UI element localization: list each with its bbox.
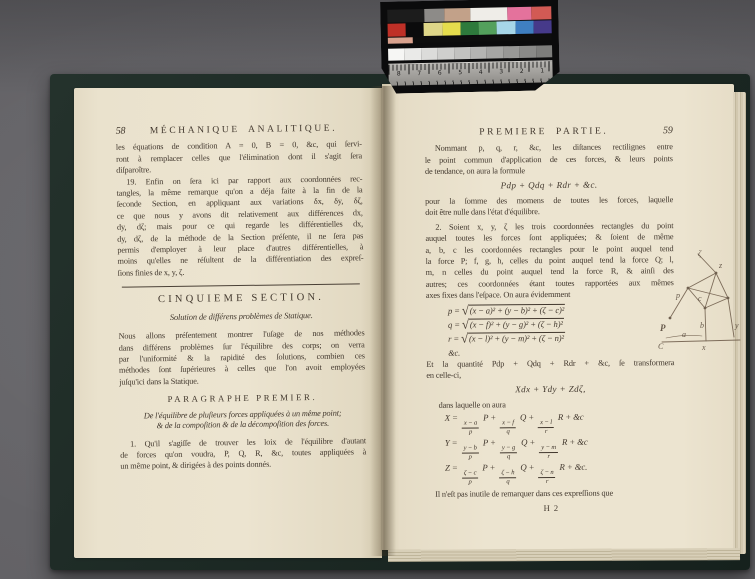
plus-sign: +: [529, 437, 535, 447]
paragraph-somme: pour la ſomme des momens de toutes les f…: [425, 194, 673, 219]
text-line: pour la ſomme des momens de toutes les f…: [425, 194, 673, 207]
text-line: 3: [491, 68, 512, 75]
fraction: ζ − hq: [499, 470, 516, 486]
fraction-denominator: q: [507, 428, 510, 436]
section-heading: CINQUIEME SECTION.: [118, 292, 364, 307]
coefficient: R: [558, 412, 563, 422]
text-line: ſions finies de x, y, ζ.: [118, 264, 364, 279]
color-patch: [460, 22, 478, 35]
text-line: 2: [511, 68, 532, 75]
equals-sign: =: [454, 305, 460, 315]
figure-label-c: c: [698, 294, 702, 303]
radical-sign: √: [462, 302, 469, 317]
paragraph-quantite: Et la quantité Pdp + Qdq + Rdr + &c, ſe …: [426, 357, 674, 382]
formula-moments: Pdp + Qdq + Rdr + &c.: [425, 179, 673, 192]
equation-X: X = x − ap P + x − fq Q + x − lr R + &c: [427, 409, 675, 436]
figure-label-y: y: [734, 321, 739, 330]
color-patch: [479, 21, 497, 34]
text-line: & de la compoſition & de la décompoſitio…: [120, 418, 366, 432]
margin-figure-sketch: P p ζ z c b a x y C: [656, 246, 746, 354]
section-subtitle: Solution de différens problèmes de Stati…: [118, 309, 364, 323]
figure-label-z: z: [718, 261, 723, 270]
equals-sign: =: [452, 463, 458, 473]
plus-sign: +: [528, 412, 534, 422]
fraction-denominator: r: [546, 478, 548, 486]
right-running-head: PREMIERE PARTIE. 59: [425, 125, 673, 139]
color-patch: [536, 46, 553, 58]
equals-sign: =: [453, 333, 459, 343]
text-line: le point commun d'application de ces for…: [425, 153, 673, 166]
eq-lhs: r: [448, 333, 451, 343]
signature-mark: H 2: [427, 502, 675, 515]
item-1: 1. Qu'il s'agiſſe de trouver les loix de…: [120, 435, 366, 473]
radical-sign: √: [461, 330, 468, 345]
color-patch: [503, 46, 520, 58]
equation-Y: Y = y − bp P + y − gq Q + y − mr R + &c: [427, 434, 675, 461]
paragraph-continuation: les équations de condition A = 0, B = 0,…: [116, 139, 362, 177]
formula-xyz: Xdx + Ydy + Zdζ,: [426, 383, 674, 396]
figure-label-P: P: [660, 323, 666, 333]
text-line: autres; ces coordonnées étant toutes rap…: [426, 277, 674, 290]
color-patch: [486, 47, 503, 59]
fraction-numerator: y − m: [539, 444, 558, 453]
fraction: y − mr: [539, 444, 558, 460]
text-line: 4: [470, 69, 491, 76]
coefficient: P: [483, 413, 488, 423]
color-patch: [507, 7, 531, 20]
fraction-denominator: r: [547, 453, 549, 461]
eq-lhs: p: [448, 305, 452, 315]
coefficient: P: [482, 463, 487, 473]
fraction-denominator: p: [469, 453, 472, 461]
figure-label-x: x: [701, 343, 706, 352]
fraction: x − lr: [538, 419, 554, 435]
text-line: 7: [409, 70, 430, 77]
calibration-grayscale: [388, 46, 552, 61]
color-patch: [388, 37, 413, 44]
color-calibration-target: 87654321: [380, 0, 560, 94]
plus-sign: +: [490, 438, 496, 448]
radicand: (x − a)² + (y − b)² + (ζ − c)²: [469, 304, 565, 316]
figure-label-C: C: [658, 342, 664, 351]
color-patch: [388, 23, 406, 36]
radicand: (x − l)² + (y − m)² + (ζ − n)²: [468, 332, 565, 344]
text-line: 8: [389, 71, 410, 78]
section-intro: Nous allons préſentement montrer l'uſage…: [118, 327, 365, 387]
color-patch: [442, 22, 460, 35]
text-line: axes fixes dans l'eſpace. On aura évidem…: [426, 288, 674, 301]
figure-label-b: b: [700, 321, 704, 330]
sqrt-equations: p = √(x − a)² + (y − b)² + (ζ − c)² q = …: [426, 302, 674, 346]
fraction: x − fq: [500, 420, 516, 436]
left-page-number: 58: [116, 126, 126, 138]
radical-sign: √: [462, 316, 469, 331]
fraction-denominator: p: [468, 478, 471, 486]
left-running-head: 58 MÉCHANIQUE ANALITIQUE.: [116, 122, 362, 138]
fraction-numerator: ζ − n: [539, 469, 556, 478]
equation-tail: + &c: [569, 437, 587, 447]
text-line: 1: [532, 68, 553, 75]
fraction-numerator: x − f: [500, 420, 516, 429]
coefficient: Q: [520, 412, 526, 422]
equals-sign: =: [454, 319, 460, 329]
fraction-numerator: x − a: [462, 420, 479, 429]
text-line: Et la quantité Pdp + Qdq + Rdr + &c, ſe …: [426, 357, 674, 370]
color-patch: [533, 20, 551, 33]
color-patch: [497, 21, 515, 34]
eq-lhs: X: [445, 413, 450, 423]
radicand: (x − f)² + (y − g)² + (ζ − h)²: [469, 318, 564, 330]
equals-sign: =: [452, 438, 458, 448]
equation-Z: Z = ζ − cp P + ζ − hq Q + ζ − nr R + &c.: [427, 459, 675, 486]
fraction-numerator: x − l: [538, 419, 554, 428]
color-patch: [412, 34, 552, 44]
text-line: en celle-ci,: [426, 368, 674, 381]
left-page-text: 58 MÉCHANIQUE ANALITIQUE. les équations …: [116, 122, 367, 472]
book-gutter: [370, 86, 396, 556]
paragraph-19: 19. Enfin on ſera ici par rapport aux co…: [116, 173, 363, 279]
fraction-denominator: q: [507, 453, 510, 461]
figure-label-p: p: [675, 291, 680, 300]
fraction: y − bp: [462, 445, 479, 461]
fraction-numerator: ζ − h: [499, 470, 516, 479]
color-patch: [445, 8, 471, 21]
fraction-denominator: p: [469, 428, 472, 436]
color-patch: [470, 7, 507, 21]
eq-lhs: Z: [445, 463, 450, 473]
right-running-title: PREMIERE PARTIE.: [425, 126, 663, 139]
text-line: Solution de différens problèmes de Stati…: [118, 309, 364, 323]
eq-lhs: q: [448, 319, 452, 329]
left-running-title: MÉCHANIQUE ANALITIQUE.: [125, 123, 361, 138]
closing-line: Il n'eſt pas inutile de remarquer dans c…: [427, 487, 675, 500]
calibration-ruler: 87654321: [388, 61, 552, 86]
color-patch: [454, 47, 471, 59]
fraction-denominator: r: [545, 428, 547, 436]
figure-label-zeta: ζ: [698, 249, 702, 258]
coefficient: P: [483, 438, 488, 448]
color-patch: [388, 49, 405, 61]
plus-sign: +: [489, 463, 495, 473]
eq-lhs: Y: [445, 438, 450, 448]
equation-r: r = √(x − l)² + (y − m)² + (ζ − n)²: [448, 330, 674, 346]
text-line: de tendance, on aura la formule: [425, 164, 673, 177]
equation-tail: + &c: [565, 412, 583, 422]
book-bottom-page-edges: [388, 548, 740, 562]
coefficient: Q: [521, 437, 527, 447]
section-divider-rule: [122, 284, 360, 288]
paragraph-heading: PARAGRAPHE PREMIER.: [119, 391, 365, 406]
equals-sign: =: [452, 413, 458, 423]
color-patch: [406, 23, 424, 36]
text-line: 6: [429, 70, 450, 77]
paragraph-subtitle: De l'équilibre de pluſieurs forces appli…: [120, 408, 366, 432]
fraction: x − ap: [462, 420, 479, 436]
color-patch: [404, 49, 421, 61]
right-page-text: PREMIERE PARTIE. 59 Nommant p, q, r, &c,…: [425, 125, 676, 515]
color-patch: [424, 9, 445, 22]
coefficient: R: [560, 462, 565, 472]
coefficient: R: [562, 437, 567, 447]
equation-tail: + &c.: [567, 462, 587, 472]
linear-equations: X = x − ap P + x − fq Q + x − lr R + &c …: [427, 409, 676, 486]
right-page-number: 59: [663, 125, 673, 136]
paragraph-nommant: Nommant p, q, r, &c, les diſtances recti…: [425, 142, 673, 178]
figure-label-a: a: [682, 330, 686, 339]
paragraph-2: 2. Soient x, y, ζ les trois coordonnées …: [425, 220, 674, 302]
text-line: juſqu'ici dans la Statique.: [119, 373, 365, 388]
fraction-denominator: q: [506, 478, 509, 486]
color-patch: [421, 48, 438, 60]
color-patch: [531, 6, 552, 19]
text-line: 5: [450, 69, 471, 76]
plus-sign: +: [490, 413, 496, 423]
color-patch: [437, 48, 454, 60]
coefficient: Q: [520, 462, 526, 472]
fraction-numerator: y − g: [500, 445, 517, 454]
color-patch: [515, 20, 533, 33]
color-patch: [424, 22, 442, 35]
fraction: ζ − nr: [539, 469, 556, 485]
fraction: y − gq: [500, 445, 517, 461]
fraction-numerator: y − b: [462, 445, 479, 454]
color-patch: [470, 47, 487, 59]
color-patch: [519, 46, 536, 58]
plus-sign: +: [529, 462, 535, 472]
ruler-bottom-ticks: [389, 78, 553, 85]
fraction: ζ − cp: [462, 470, 479, 486]
fraction-numerator: ζ − c: [462, 470, 479, 479]
color-patch: [387, 9, 424, 23]
calibration-patches: 87654321: [387, 6, 553, 85]
